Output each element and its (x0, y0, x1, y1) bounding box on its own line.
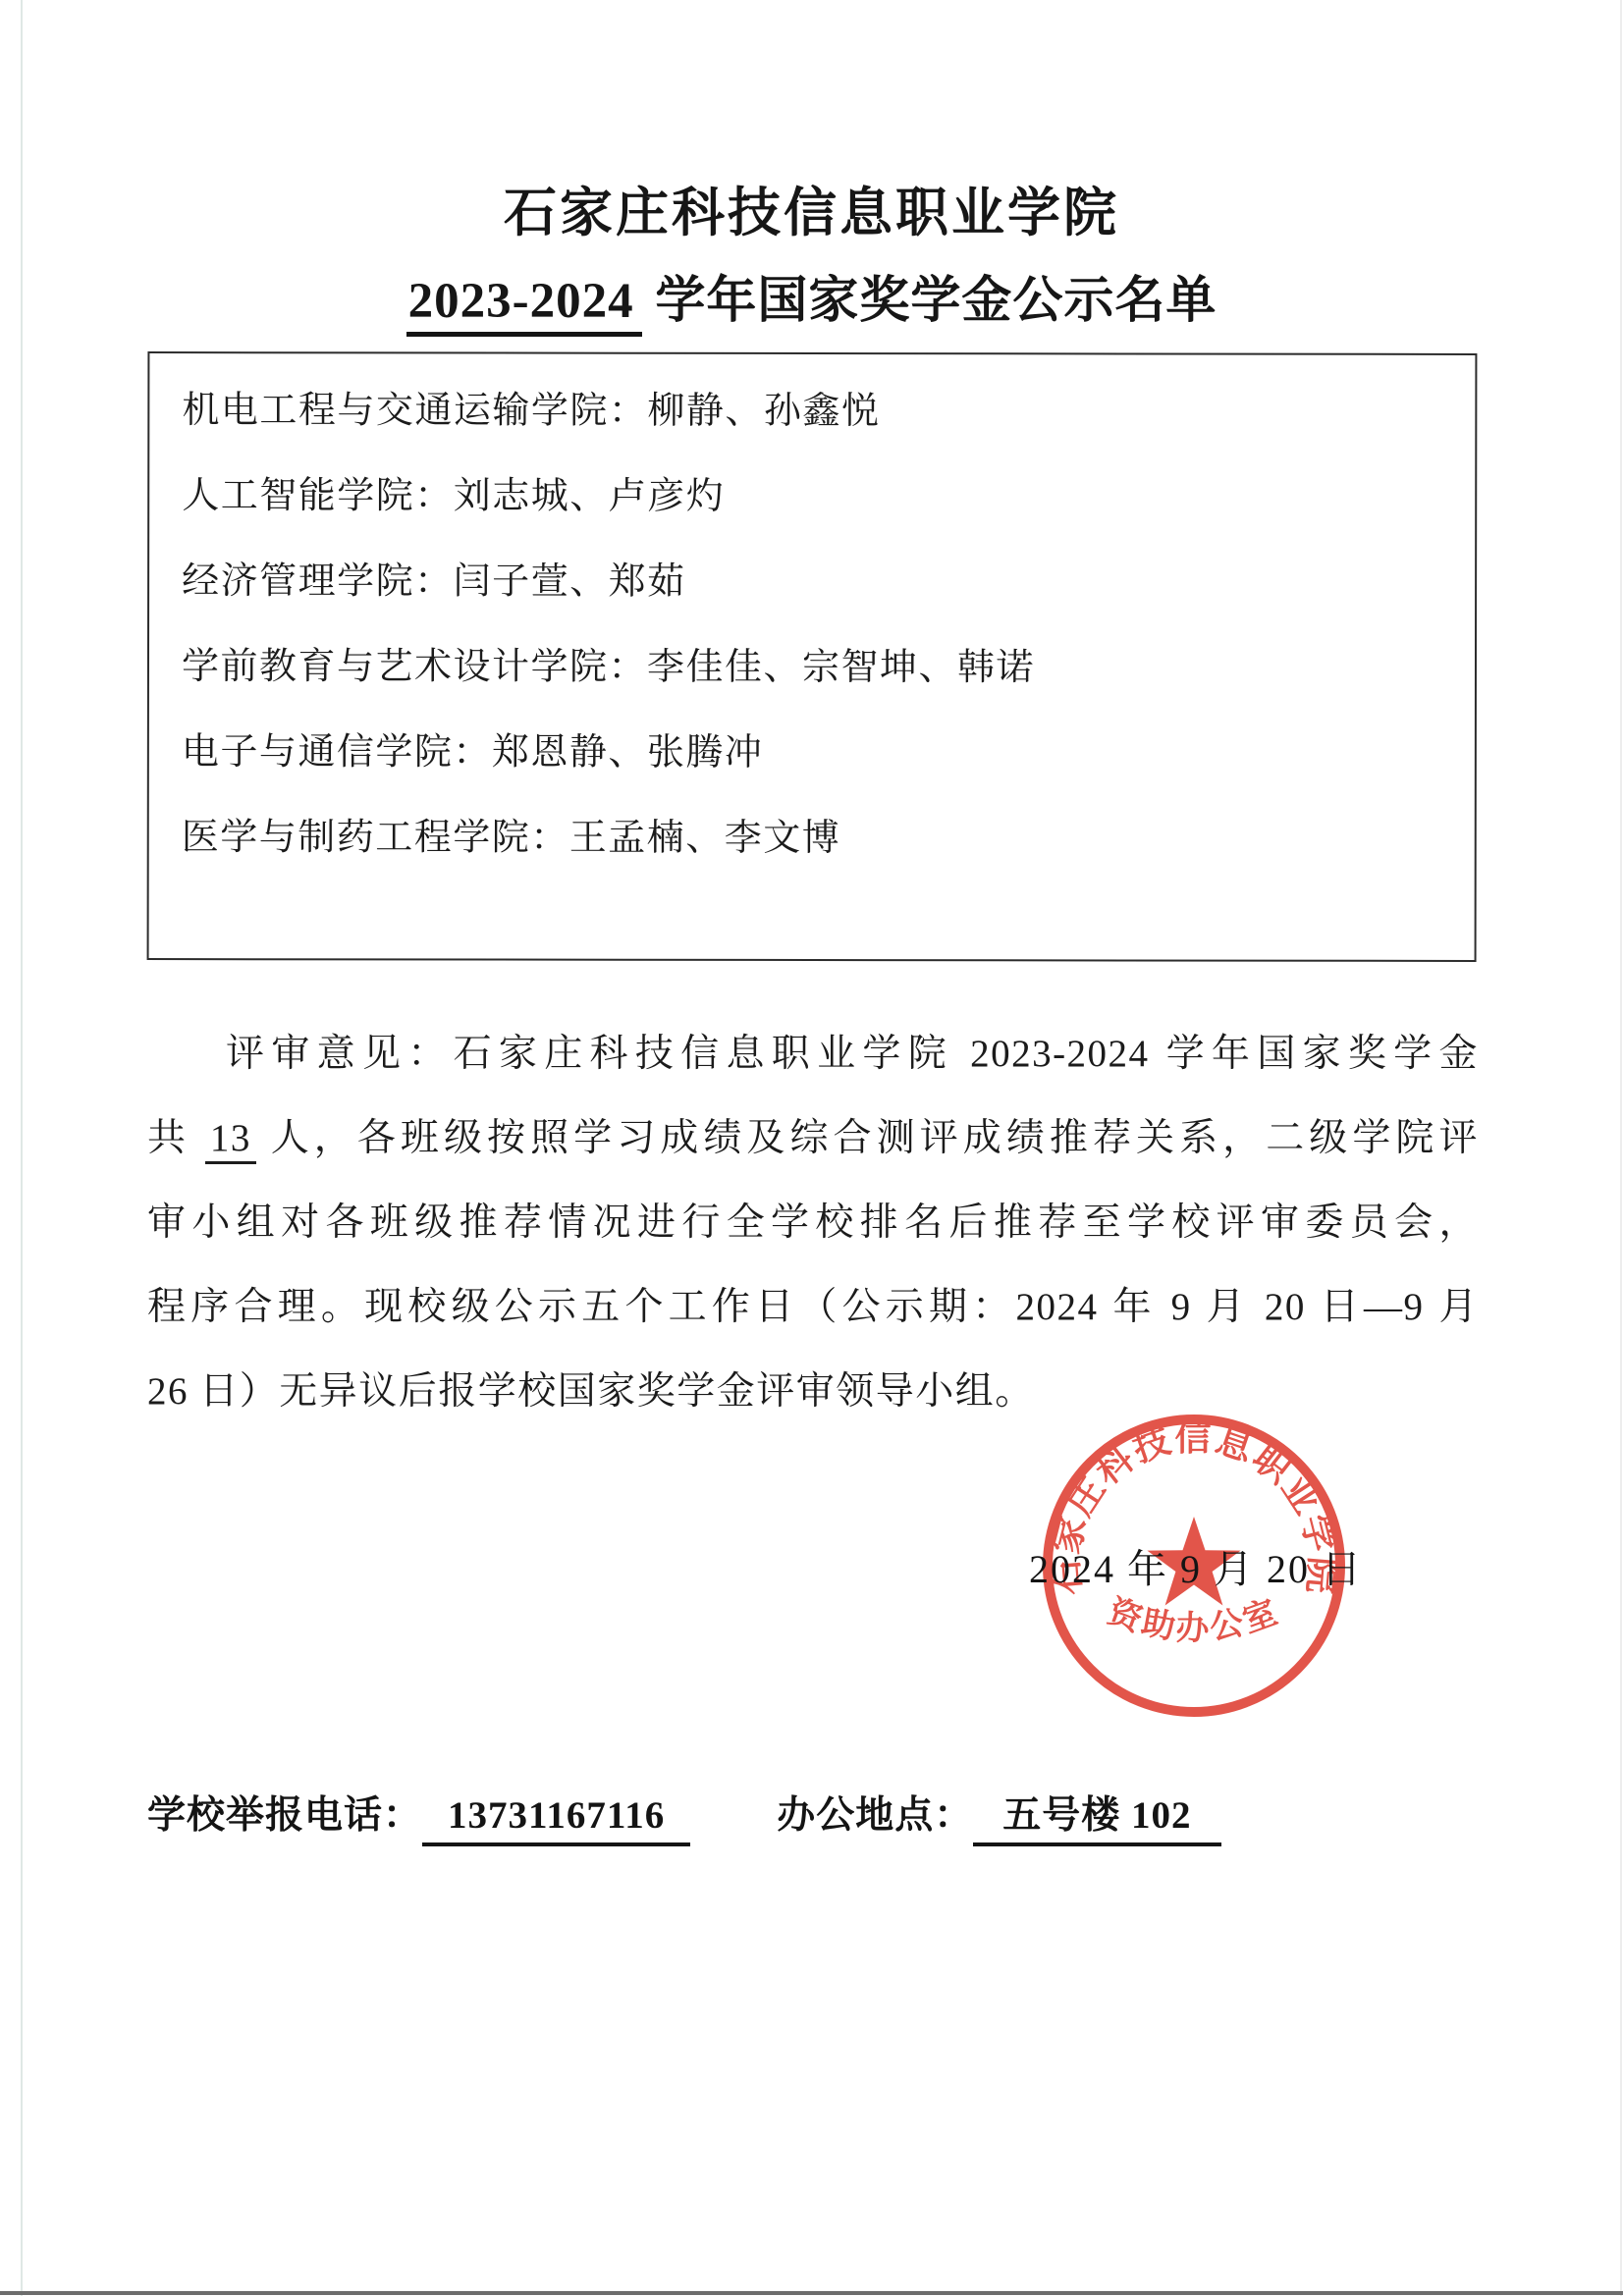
page-edge-right (1620, 0, 1622, 2296)
list-item-mechatronics: 机电工程与交通运输学院：柳静、孙鑫悦 (182, 368, 1447, 455)
scanned-document: { "page": { "title": "石家庄科技信息职业学院", "sub… (0, 0, 1623, 2296)
list-item-ai: 人工智能学院：刘志城、卢彦灼 (182, 454, 1447, 541)
review-opinion-paragraph: 评审意见：石家庄科技信息职业学院 2023-2024 学年国家奖学金 共 13 … (147, 1012, 1479, 1434)
review-line-2-post: 人，各班级按照学习成绩及综合测评成绩推荐关系，二级学院评 (256, 1117, 1479, 1159)
list-item-electronics: 电子与通信学院：郑恩静、张腾冲 (182, 710, 1447, 797)
review-line-2: 共 13 人，各班级按照学习成绩及综合测评成绩推荐关系，二级学院评 (147, 1096, 1479, 1181)
list-item-preschool-art: 学前教育与艺术设计学院：李佳佳、宗智坤、韩诺 (182, 624, 1447, 712)
awardee-list-box: 机电工程与交通运输学院：柳静、孙鑫悦 人工智能学院：刘志城、卢彦灼 经济管理学院… (147, 351, 1478, 962)
list-item-medicine: 医学与制药工程学院：王孟楠、李文博 (182, 795, 1447, 882)
review-line-4: 程序合理。现校级公示五个工作日（公示期：2024 年 9 月 20 日—9 月 (147, 1265, 1479, 1350)
notice-title-rest: 学年国家奖学金公示名单 (642, 274, 1217, 329)
review-line-1: 评审意见：石家庄科技信息职业学院 2023-2024 学年国家奖学金 (147, 1012, 1479, 1096)
school-name-title: 石家庄科技信息职业学院 (0, 171, 1623, 246)
stamp-office-text: 资助办公室 (1103, 1592, 1284, 1647)
academic-year-underlined: 2023-2024 (406, 274, 642, 337)
list-item-economics: 经济管理学院：闫子萱、郑茹 (182, 539, 1447, 626)
review-line-2-pre: 共 (147, 1117, 205, 1159)
issue-date: 2024 年 9 月 20 日 (1029, 1538, 1363, 1594)
footer-contact-line: 学校举报电话：13731167116办公地点：五号楼 102 (147, 1785, 1221, 1840)
awardee-count-underlined: 13 (205, 1117, 256, 1164)
review-line-3: 审小组对各班级推荐情况进行全学校排名后推荐至学校评审委员会， (147, 1181, 1479, 1265)
office-location-label: 办公地点： (777, 1794, 973, 1837)
page-edge-bottom (0, 2291, 1623, 2295)
report-phone-number: 13731167116 (422, 1794, 690, 1846)
page-edge-left (21, 0, 23, 2296)
report-phone-label: 学校举报电话： (147, 1794, 422, 1837)
notice-title: 2023-2024 学年国家奖学金公示名单 (0, 259, 1623, 332)
office-location-value: 五号楼 102 (973, 1794, 1220, 1846)
